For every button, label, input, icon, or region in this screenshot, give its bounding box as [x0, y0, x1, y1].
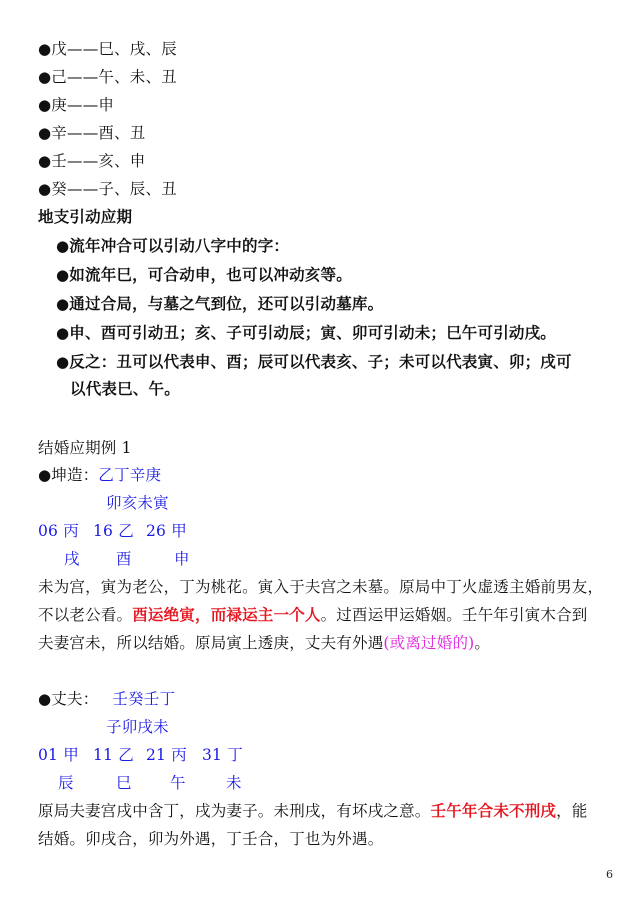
list-item: ●申、酉可引动丑；亥、子可引动辰；寅、卯可引动未；巳午可引动戌。 — [56, 323, 556, 343]
female-analysis-line: 不以老公看。酉运绝寅，而禄运主一个人。过酉运甲运婚姻。壬午年引寅木合到 — [38, 605, 588, 625]
example-title: 结婚应期例 1 — [38, 438, 132, 458]
bullet-icon: ● — [56, 324, 69, 342]
bullet-icon: ● — [56, 266, 69, 284]
list-item: ●流年冲合可以引动八字中的字： — [56, 236, 289, 256]
bullet-icon: ● — [56, 295, 69, 313]
bullet-icon: ● — [38, 180, 51, 198]
document-page: ●戊——巳、戌、辰 ●己——午、未、丑 ●庚——申 ●辛——酉、丑 ●壬——亥、… — [0, 0, 644, 912]
bullet-icon: ● — [56, 237, 69, 255]
section-heading: 地支引动应期 — [38, 207, 132, 227]
female-analysis-line: 未为宫，寅为老公，丁为桃花。寅入于夫宫之未墓。原局中丁火虚透主婚前男友， — [38, 577, 603, 597]
list-item-continuation: 以代表巳、午。 — [70, 379, 180, 399]
bullet-icon: ● — [38, 96, 51, 114]
stem-row: ●己——午、未、丑 — [38, 67, 177, 87]
stem-row: ●癸——子、辰、丑 — [38, 179, 177, 199]
list-item: ●反之：丑可以代表申、酉；辰可以代表亥、子；未可以代表寅、卯；戌可 — [56, 352, 572, 372]
bullet-icon: ● — [38, 124, 51, 142]
bullet-icon: ● — [38, 68, 51, 86]
female-chart-stems: ●坤造：乙丁辛庚 — [38, 465, 161, 485]
bullet-icon: ● — [38, 40, 51, 58]
list-item: ●通过合局，与墓之气到位，还可以引动墓库。 — [56, 294, 383, 314]
highlight-text: 壬午年合未不刑戌 — [431, 801, 557, 820]
stem-row: ●壬——亥、申 — [38, 151, 146, 171]
list-item: ●如流年巳，可合动申，也可以冲动亥等。 — [56, 265, 352, 285]
page-number: 6 — [606, 868, 613, 881]
stem-row: ●辛——酉、丑 — [38, 123, 146, 143]
bullet-icon: ● — [56, 353, 69, 371]
bullet-icon: ● — [38, 690, 51, 708]
highlight-text: 酉运绝寅，而禄运主一个人 — [132, 605, 320, 624]
female-chart-branches: 卯亥未寅 — [106, 493, 169, 513]
stem-row: ●庚——申 — [38, 95, 114, 115]
note-text: (或离过婚的) — [383, 634, 474, 652]
stem-row: ●戊——巳、戌、辰 — [38, 39, 177, 59]
male-chart-stems: ●丈夫：壬癸壬丁 — [38, 689, 175, 709]
female-analysis-line: 夫妻宫未，所以结婚。原局寅上透庚，丈夫有外遇(或离过婚的)。 — [38, 633, 490, 653]
male-analysis-line: 结婚。卯戌合，卯为外遇，丁壬合，丁也为外遇。 — [38, 829, 383, 849]
male-analysis-line: 原局夫妻宫戌中含丁，戌为妻子。未刑戌，有坏戌之意。壬午年合未不刑戌，能 — [38, 801, 588, 821]
bullet-icon: ● — [38, 152, 51, 170]
bullet-icon: ● — [38, 466, 51, 484]
male-chart-branches: 子卯戌未 — [106, 717, 169, 737]
